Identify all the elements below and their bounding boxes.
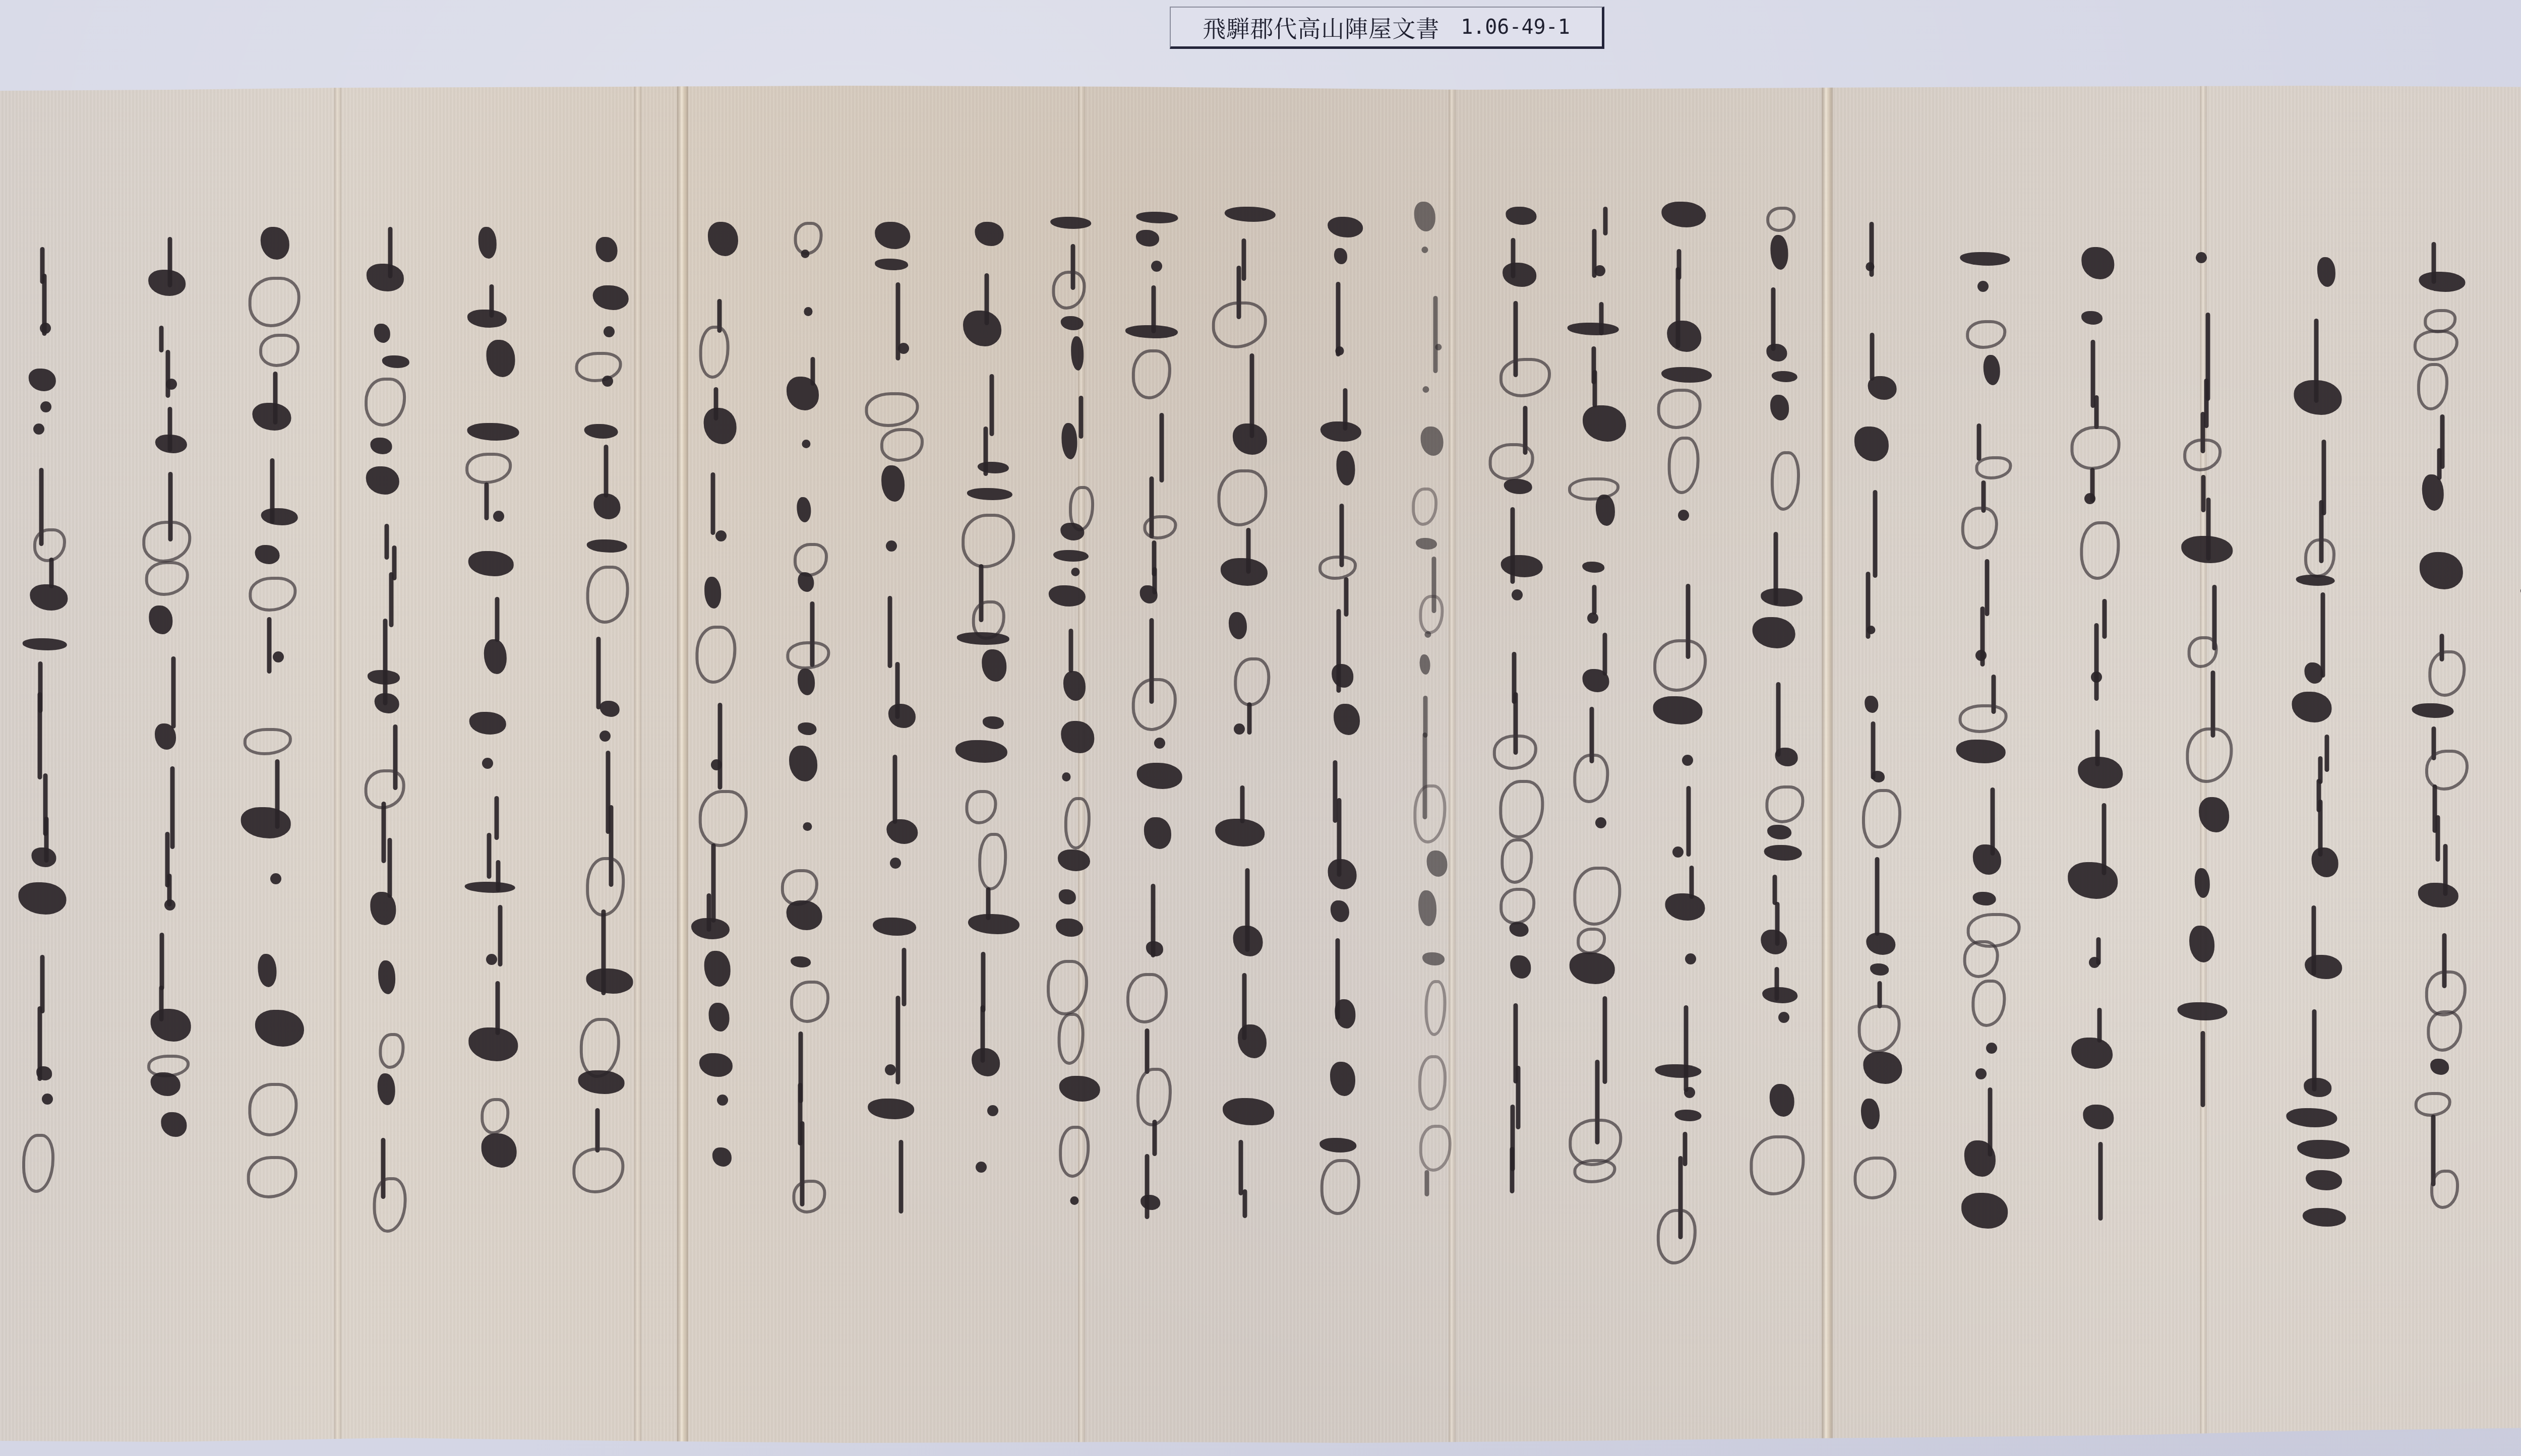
ink-glyph [1510, 955, 1531, 978]
ink-glyph [2430, 1170, 2459, 1209]
ink-glyph [885, 1064, 896, 1075]
ink-glyph [963, 311, 1001, 347]
ink-glyph [2422, 474, 2444, 511]
ink-glyph [717, 1095, 728, 1106]
ink-glyph [712, 1147, 732, 1167]
ink-glyph [1499, 358, 1551, 397]
ink-glyph [1662, 202, 1706, 227]
ink-glyph [244, 728, 292, 755]
ink-glyph [2195, 868, 2210, 898]
ink-glyph [600, 701, 620, 716]
script-column [350, 86, 426, 1397]
ink-glyph [1778, 1012, 1789, 1023]
ink-glyph [495, 597, 499, 642]
ink-glyph [792, 1180, 826, 1214]
ink-glyph [1964, 1140, 1996, 1177]
ink-glyph [699, 790, 747, 847]
ink-glyph [142, 521, 191, 563]
ink-glyph [253, 403, 291, 431]
ink-glyph [151, 1072, 181, 1096]
ink-glyph [384, 524, 389, 560]
ink-glyph [2200, 1031, 2205, 1107]
ink-glyph [967, 488, 1012, 500]
ink-glyph [1770, 1084, 1794, 1117]
ink-glyph [1775, 748, 1798, 766]
ink-glyph [1682, 755, 1693, 766]
ink-glyph [249, 577, 296, 612]
ink-glyph [2187, 636, 2218, 668]
ink-glyph [366, 466, 399, 495]
ink-glyph [791, 956, 811, 967]
ink-glyph [1761, 930, 1787, 954]
ink-glyph [1332, 664, 1354, 688]
ink-glyph [802, 440, 810, 448]
ink-glyph [1583, 405, 1626, 442]
ink-glyph [1217, 469, 1267, 527]
ink-glyph [261, 227, 289, 260]
ink-glyph [259, 334, 299, 367]
ink-glyph [1975, 1068, 1987, 1079]
ink-glyph [1863, 1052, 1902, 1084]
ink-glyph [1772, 371, 1797, 382]
ink-glyph [1684, 1087, 1695, 1098]
ink-glyph [1320, 1159, 1360, 1215]
ink-glyph [1418, 1055, 1447, 1111]
ink-glyph [255, 1010, 304, 1047]
ink-glyph [1602, 996, 1607, 1084]
ink-glyph [1853, 1157, 1896, 1199]
ink-glyph [370, 892, 396, 925]
ink-glyph [1412, 488, 1438, 526]
script-column [2513, 86, 2521, 1397]
script-column [1036, 86, 1112, 1397]
ink-glyph [1424, 980, 1446, 1036]
ink-glyph [2103, 599, 2107, 639]
ink-glyph [1961, 507, 1998, 550]
ink-glyph [580, 1018, 620, 1078]
ink-glyph [1668, 437, 1700, 494]
ink-glyph [1062, 772, 1070, 781]
ink-glyph [981, 952, 986, 1012]
ink-glyph [1328, 217, 1363, 237]
ink-glyph [1573, 1159, 1616, 1183]
ink-glyph [487, 340, 515, 377]
ink-glyph [1335, 346, 1344, 355]
ink-glyph [464, 882, 515, 893]
ink-glyph [375, 693, 399, 713]
ink-glyph [2304, 1078, 2332, 1097]
ink-glyph [1686, 786, 1691, 857]
ink-glyph [704, 951, 731, 987]
ink-glyph [1765, 785, 1804, 823]
ink-glyph [604, 326, 615, 337]
ink-glyph [798, 722, 816, 735]
ink-glyph [888, 596, 892, 668]
ink-glyph [1071, 336, 1084, 371]
ink-glyph [2286, 1108, 2337, 1127]
ink-glyph [481, 1133, 517, 1168]
ink-glyph [1419, 1125, 1452, 1172]
ink-glyph [865, 392, 919, 427]
ink-glyph [1984, 355, 2000, 385]
script-column [2171, 86, 2246, 1397]
ink-glyph [383, 619, 388, 705]
ink-glyph [711, 759, 722, 770]
ink-glyph [2305, 955, 2342, 979]
ink-glyph [1488, 443, 1534, 480]
ink-glyph [1240, 785, 1244, 823]
ink-glyph [875, 259, 908, 270]
ink-glyph [2177, 1002, 2227, 1021]
ink-glyph [1977, 423, 1982, 461]
ink-glyph [1141, 1195, 1161, 1210]
ink-glyph [1423, 386, 1429, 393]
ink-glyph [36, 1066, 52, 1080]
ink-glyph [987, 1105, 998, 1116]
ink-glyph [468, 551, 514, 576]
ink-glyph [159, 933, 164, 990]
ink-glyph [1661, 367, 1712, 383]
ink-glyph [2081, 247, 2114, 279]
ink-glyph [1973, 844, 2001, 875]
ink-glyph [604, 445, 608, 498]
ink-glyph [1232, 423, 1267, 454]
ink-glyph [790, 981, 829, 1023]
ink-glyph [1870, 333, 1874, 381]
ink-glyph [382, 355, 409, 368]
ink-glyph [498, 905, 502, 967]
ink-glyph [957, 632, 1009, 644]
ink-glyph [1862, 789, 1901, 848]
ink-glyph [1159, 413, 1164, 482]
ink-glyph [482, 758, 493, 769]
ink-glyph [1052, 271, 1086, 310]
ink-glyph [32, 847, 56, 867]
ink-glyph [1423, 696, 1427, 738]
ink-glyph [1766, 344, 1787, 361]
ink-glyph [1761, 588, 1803, 606]
ink-glyph [469, 1027, 518, 1061]
ink-glyph [1234, 723, 1245, 735]
ink-glyph [1140, 585, 1158, 603]
ink-glyph [593, 494, 620, 519]
ink-glyph [1221, 558, 1267, 586]
ink-glyph [593, 285, 629, 310]
ink-glyph [978, 462, 1009, 473]
ink-glyph [902, 948, 906, 1006]
ink-glyph [1247, 702, 1252, 735]
ink-glyph [955, 740, 1007, 763]
ink-glyph [1238, 1140, 1243, 1195]
ink-glyph [1419, 595, 1444, 634]
ink-glyph [2304, 662, 2323, 684]
ink-glyph [983, 716, 1004, 729]
ink-glyph [982, 649, 1006, 682]
ink-glyph [873, 918, 916, 936]
ink-glyph [710, 472, 715, 535]
ink-glyph [1966, 320, 2006, 349]
ink-glyph [389, 572, 393, 627]
document-code: 1.06-49-1 [1461, 16, 1570, 39]
ink-glyph [1125, 325, 1178, 338]
ink-glyph [1136, 763, 1182, 789]
ink-glyph [2312, 847, 2338, 877]
ink-glyph [1672, 846, 1684, 858]
ink-glyph [1602, 633, 1607, 676]
ink-glyph [1510, 1147, 1514, 1193]
ink-glyph [2292, 692, 2332, 722]
script-column [1480, 86, 1555, 1397]
ink-glyph [485, 482, 489, 520]
ink-glyph [28, 369, 55, 391]
ink-glyph [888, 704, 916, 729]
ink-glyph [1136, 1068, 1172, 1126]
ink-glyph [1653, 696, 1703, 724]
ink-glyph [880, 428, 924, 462]
ink-glyph [161, 1112, 187, 1137]
ink-glyph [801, 250, 809, 258]
ink-glyph [2070, 426, 2120, 469]
ink-glyph [496, 981, 500, 1036]
ink-glyph [381, 802, 386, 863]
ink-glyph [1865, 696, 1879, 713]
ink-glyph [2084, 493, 2095, 504]
ink-glyph [2419, 272, 2465, 292]
ink-glyph [145, 561, 189, 596]
ink-glyph [586, 566, 629, 624]
script-column [678, 86, 754, 1397]
ink-glyph [2071, 1038, 2113, 1069]
ink-glyph [367, 264, 404, 291]
ink-glyph [1985, 559, 1990, 616]
ink-glyph [1872, 771, 1885, 782]
ink-glyph [22, 1134, 54, 1193]
script-column [950, 86, 1026, 1397]
ink-glyph [1868, 376, 1897, 400]
ink-glyph [572, 1147, 624, 1194]
ink-glyph [1959, 704, 2008, 733]
ink-glyph [2303, 1208, 2346, 1227]
ink-glyph [1764, 845, 1802, 861]
script-column [2282, 86, 2357, 1397]
ink-glyph [1131, 349, 1171, 399]
ink-glyph [388, 838, 392, 898]
ink-glyph [1750, 1135, 1805, 1195]
ink-glyph [2181, 536, 2233, 563]
ink-glyph [2089, 957, 2100, 968]
ink-glyph [2304, 538, 2335, 578]
ink-glyph [1234, 657, 1270, 707]
ink-glyph [1509, 922, 1529, 937]
ink-glyph [797, 497, 811, 522]
ink-glyph [1136, 230, 1159, 247]
ink-glyph [155, 723, 176, 750]
ink-glyph [1768, 825, 1792, 839]
ink-glyph [1582, 562, 1604, 573]
ink-glyph [1867, 933, 1895, 955]
ink-glyph [1079, 396, 1084, 439]
ink-glyph [1870, 963, 1889, 976]
ink-glyph [2097, 1008, 2102, 1043]
ink-glyph [40, 401, 51, 412]
ink-glyph [1153, 1120, 1157, 1156]
ink-glyph [33, 423, 44, 435]
ink-glyph [1132, 678, 1176, 731]
ink-glyph [715, 530, 727, 541]
ink-glyph [166, 350, 170, 398]
ink-glyph [2435, 815, 2440, 862]
ink-glyph [2414, 330, 2458, 361]
ink-glyph [787, 900, 822, 930]
ink-glyph [23, 638, 67, 650]
ink-glyph [1422, 952, 1445, 965]
ink-glyph [898, 1140, 903, 1214]
ink-glyph [151, 1009, 192, 1042]
ink-glyph [38, 692, 42, 780]
ink-glyph [1225, 207, 1275, 222]
script-column [1838, 86, 1913, 1397]
ink-glyph [1063, 671, 1086, 701]
ink-glyph [699, 326, 730, 379]
ink-glyph [1773, 875, 1777, 905]
ink-glyph [896, 996, 901, 1084]
ink-glyph [1433, 296, 1437, 373]
ink-glyph [1683, 1132, 1688, 1167]
catalogue-label: 飛騨郡代高山陣屋文書 1.06-49-1 [1170, 7, 1604, 49]
ink-glyph [1678, 510, 1689, 521]
ink-glyph [1499, 888, 1536, 924]
ink-glyph [1049, 585, 1085, 606]
ink-glyph [1655, 1064, 1701, 1078]
ink-glyph [1057, 1013, 1084, 1065]
ink-glyph [2094, 395, 2098, 429]
ink-glyph [1977, 281, 1989, 292]
ink-glyph [1143, 515, 1177, 539]
ink-glyph [1867, 626, 1875, 634]
ink-glyph [586, 857, 625, 917]
ink-glyph [1963, 940, 1999, 979]
ink-glyph [487, 833, 491, 879]
ink-glyph [1243, 1189, 1247, 1218]
script-column [129, 86, 204, 1397]
ink-glyph [1154, 738, 1165, 749]
ink-glyph [1064, 797, 1091, 850]
script-column [1394, 86, 1470, 1397]
ink-glyph [1595, 817, 1606, 828]
ink-glyph [2186, 727, 2233, 783]
ink-glyph [261, 508, 298, 525]
ink-glyph [2196, 252, 2207, 263]
ink-glyph [794, 543, 828, 577]
ink-glyph [898, 343, 909, 354]
ink-glyph [247, 1156, 297, 1198]
ink-glyph [1573, 867, 1621, 926]
ink-glyph [1493, 735, 1537, 770]
ink-glyph [255, 545, 279, 565]
ink-glyph [1875, 857, 1879, 936]
ink-glyph [718, 703, 723, 790]
ink-glyph [575, 352, 622, 383]
ink-glyph [881, 465, 905, 502]
ink-glyph [1238, 1024, 1266, 1058]
ink-glyph [1330, 1062, 1355, 1096]
ink-glyph [467, 423, 519, 441]
ink-glyph [1975, 456, 2012, 479]
ink-glyph [975, 222, 1003, 246]
ink-glyph [1594, 265, 1605, 276]
ink-glyph [1053, 550, 1089, 562]
ink-glyph [2083, 1105, 2114, 1129]
ink-glyph [270, 873, 281, 884]
ink-glyph [2189, 926, 2214, 962]
ink-glyph [1873, 490, 1877, 578]
ink-glyph [1770, 235, 1788, 270]
ink-glyph [40, 955, 45, 1013]
ink-glyph [149, 605, 172, 634]
ink-glyph [1854, 427, 1889, 461]
ink-glyph [1424, 631, 1431, 638]
ink-glyph [696, 626, 737, 684]
ink-glyph [40, 323, 51, 334]
ink-glyph [886, 819, 917, 844]
paper-seam [334, 86, 341, 1443]
ink-glyph [786, 641, 830, 670]
ink-glyph [595, 1108, 600, 1152]
ink-glyph [1126, 973, 1168, 1023]
ink-glyph [1335, 999, 1355, 1028]
ink-glyph [1059, 1076, 1100, 1102]
ink-glyph [30, 584, 68, 611]
script-column [567, 86, 643, 1397]
ink-glyph [1861, 1099, 1879, 1129]
ink-glyph [1070, 1196, 1078, 1205]
collection-title: 飛騨郡代高山陣屋文書 [1203, 11, 1439, 44]
ink-glyph [2297, 1140, 2350, 1159]
ink-glyph [586, 968, 633, 993]
ink-glyph [2306, 1170, 2342, 1190]
ink-glyph [2317, 257, 2335, 287]
script-column [1117, 86, 1192, 1397]
script-column [860, 86, 935, 1397]
ink-glyph [1684, 1005, 1689, 1093]
ink-glyph [584, 424, 618, 439]
ink-glyph [1058, 850, 1090, 872]
ink-glyph [1592, 585, 1596, 615]
ink-glyph [1568, 477, 1619, 501]
ink-glyph [1419, 654, 1430, 675]
ink-glyph [249, 1083, 297, 1136]
ink-glyph [2094, 623, 2098, 701]
ink-glyph [1068, 629, 1073, 673]
ink-glyph [1422, 247, 1428, 253]
ink-glyph [249, 277, 301, 327]
ink-glyph [1767, 207, 1796, 232]
ink-glyph [704, 408, 737, 444]
ink-glyph [1056, 919, 1083, 937]
ink-glyph [371, 438, 392, 454]
ink-glyph [1593, 370, 1597, 407]
script-column [234, 86, 310, 1397]
ink-glyph [586, 539, 627, 553]
ink-glyph [875, 222, 911, 249]
ink-glyph [1334, 248, 1347, 264]
ink-glyph [378, 960, 395, 994]
ink-glyph [2068, 862, 2118, 899]
ink-glyph [466, 453, 512, 483]
ink-glyph [1336, 451, 1355, 486]
ink-glyph [2420, 552, 2463, 589]
ink-glyph [155, 435, 187, 453]
